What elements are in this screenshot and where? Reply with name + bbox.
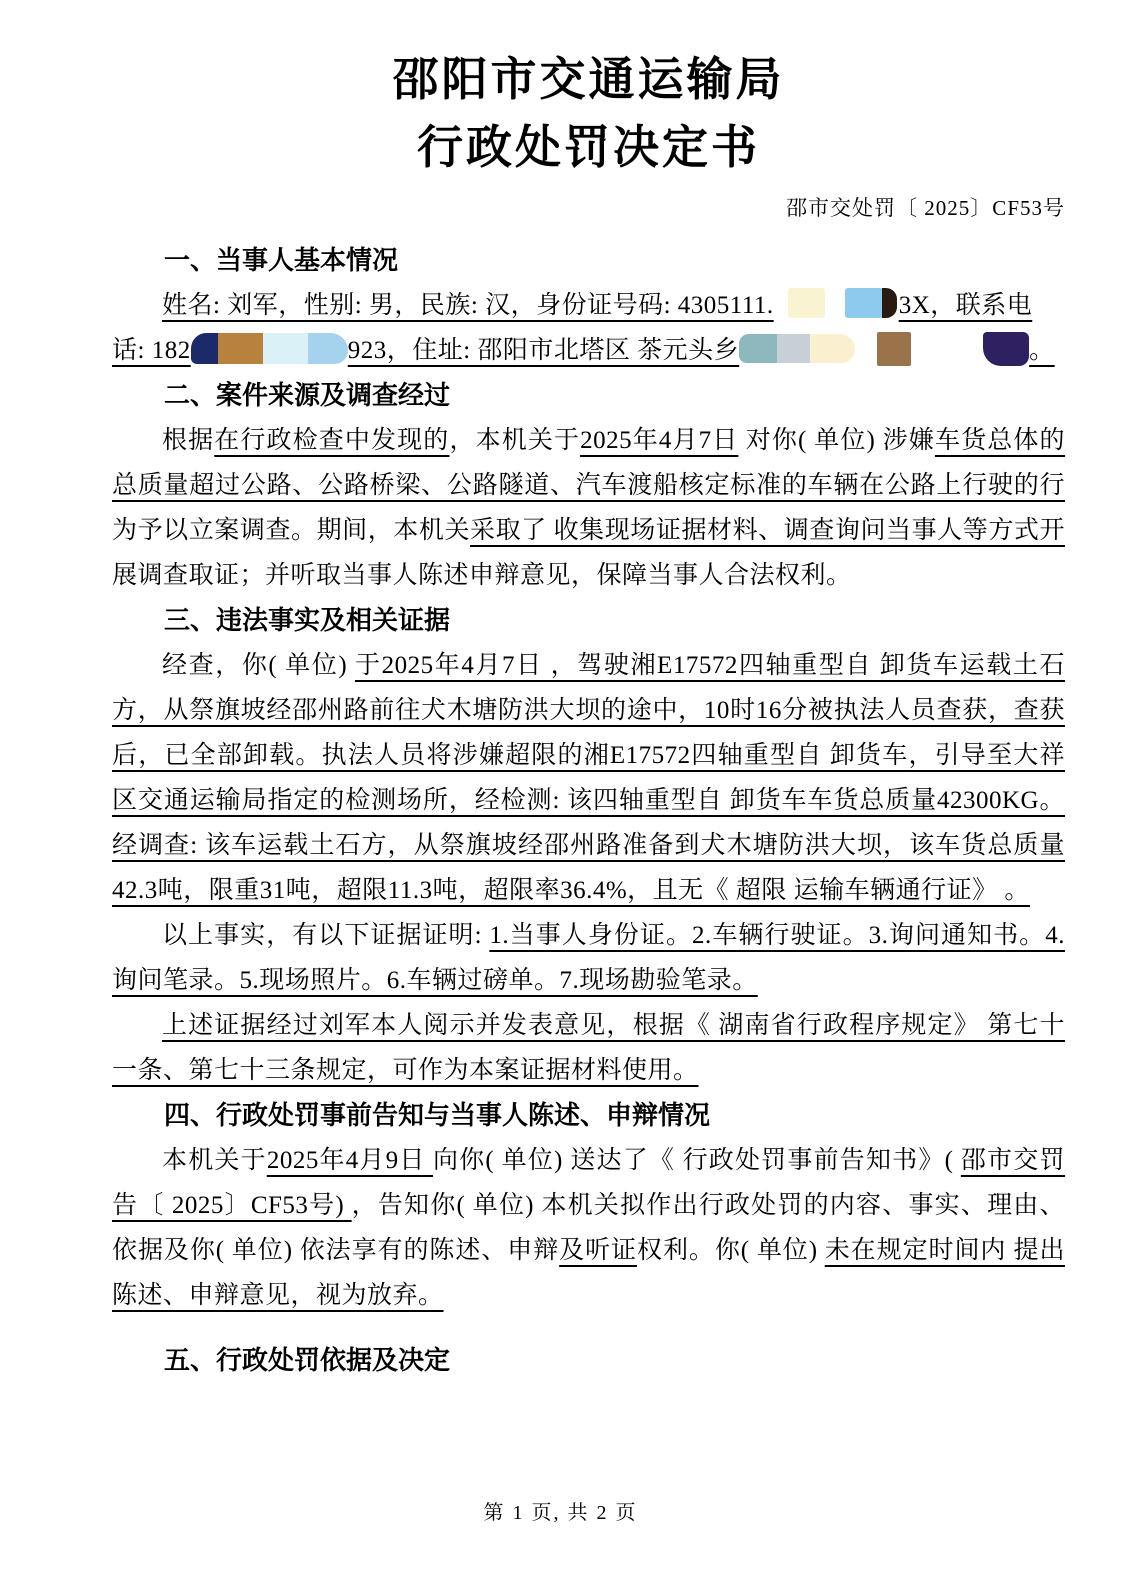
redaction-id-dark bbox=[882, 288, 897, 318]
party-info-line-1: 姓名: 刘军，性别: 男，民族: 汉，身份证号码: 4305111.3X，联系电 bbox=[112, 283, 1065, 328]
case-source-paragraph: 根据在行政检查中发现的，本机关于2025年4月7日 对你( 单位) 涉嫌车货总体… bbox=[112, 418, 1065, 598]
case-source-seg-5: 对你( 单位) 涉嫌 bbox=[738, 427, 935, 454]
case-source-seg-9: 展调查取证；并听取当事人陈述申辩意见，保障当事人合法权利。 bbox=[112, 562, 852, 589]
prior-notice-seg-3: 向你( 单位) 送达了《 行政处罚事前告知书》( bbox=[433, 1147, 961, 1174]
penalty-decision-document-page: 邵阳市交通运输局 行政处罚决定书 邵市交处罚〔 2025〕CF53号 一、当事人… bbox=[0, 0, 1121, 1577]
redaction-phone-brown bbox=[218, 333, 263, 364]
redaction-address-pill bbox=[739, 334, 855, 363]
case-source-seg-7: 为予以立案调查。期间，本机关 bbox=[112, 517, 470, 544]
party-info-line-2: 话: 182923，住址: 邵阳市北塔区 茶元头乡。 bbox=[112, 328, 1065, 373]
redaction-address-navy bbox=[983, 332, 1029, 366]
redaction-phone-pale bbox=[263, 333, 308, 364]
redaction-address-cream bbox=[810, 334, 855, 363]
prior-notice-seg-7: 权利。你( 单位) bbox=[637, 1237, 825, 1264]
case-source-seg-4: 2025年4月7日 bbox=[580, 427, 738, 454]
prior-notice-paragraph: 本机关于2025年4月9日 向你( 单位) 送达了《 行政处罚事前告知书》( 邵… bbox=[112, 1138, 1065, 1318]
facts-paragraph: 经查，你( 单位) 于2025年4月7日 ，驾驶湘E17572四轴重型自 卸货车… bbox=[112, 643, 1065, 913]
redaction-id-yellow bbox=[788, 288, 825, 318]
evidence-review-text: 上述证据经过刘军本人阅示并发表意见，根据《 湖南省行政程序规定》 第七十一条、第… bbox=[112, 1012, 1065, 1084]
agency-title: 邵阳市交通运输局 bbox=[112, 0, 1065, 110]
case-source-seg-3: ，本机关于 bbox=[449, 427, 580, 454]
prior-notice-seg-2: 2025年4月9日 bbox=[267, 1147, 433, 1174]
redaction-phone-pill bbox=[191, 333, 348, 364]
case-source-seg-2: 在行政检查中发现的 bbox=[214, 427, 449, 454]
evidence-review-paragraph: 上述证据经过刘军本人阅示并发表意见，根据《 湖南省行政程序规定》 第七十一条、第… bbox=[112, 1003, 1065, 1093]
party-info-text-2: 3X，联系电 bbox=[899, 292, 1033, 319]
section-4-heading: 四、行政处罚事前告知与当事人陈述、申辩情况 bbox=[112, 1093, 1065, 1138]
page-number-footer: 第 1 页, 共 2 页 bbox=[0, 1496, 1121, 1525]
facts-seg-2: 于2025年4月7日 ，驾驶湘E17572四轴重型自 卸货车运载土石方，从祭旗坡… bbox=[112, 652, 1065, 904]
prior-notice-seg-6: 及听证 bbox=[559, 1237, 637, 1264]
redaction-address-teal bbox=[739, 334, 777, 363]
section-1-heading: 一、当事人基本情况 bbox=[112, 238, 1065, 283]
document-content: 邵阳市交通运输局 行政处罚决定书 邵市交处罚〔 2025〕CF53号 一、当事人… bbox=[112, 0, 1065, 1383]
party-info-text-1: 姓名: 刘军，性别: 男，民族: 汉，身份证号码: 4305111. bbox=[162, 292, 774, 319]
prior-notice-seg-1: 本机关于 bbox=[162, 1147, 267, 1174]
section-3-heading: 三、违法事实及相关证据 bbox=[112, 598, 1065, 643]
phone-prefix-text: 话: 182 bbox=[112, 337, 191, 364]
address-text: 923，住址: 邵阳市北塔区 茶元头乡 bbox=[348, 337, 739, 364]
facts-seg-1: 经查，你( 单位) bbox=[162, 652, 355, 679]
redaction-address-gray bbox=[777, 334, 810, 363]
redaction-phone-navy bbox=[191, 333, 218, 364]
section-5-heading: 五、行政处罚依据及决定 bbox=[112, 1338, 1065, 1383]
redaction-id-blue bbox=[845, 288, 883, 318]
section-2-heading: 二、案件来源及调查经过 bbox=[112, 373, 1065, 418]
address-end-punctuation: 。 bbox=[1029, 337, 1055, 364]
case-source-seg-1: 根据 bbox=[162, 427, 214, 454]
redaction-phone-blue bbox=[308, 333, 348, 364]
document-title: 行政处罚决定书 bbox=[112, 118, 1065, 178]
evidence-list-paragraph: 以上事实，有以下证据证明: 1.当事人身份证。2.车辆行驶证。3.询问通知书。4… bbox=[112, 913, 1065, 1003]
case-source-seg-8: 采取了 收集现场证据材料、调查询问当事人等方式开 bbox=[470, 517, 1065, 544]
redaction-address-brown bbox=[877, 332, 911, 366]
evidence-intro-text: 以上事实，有以下证据证明: bbox=[162, 922, 489, 949]
document-number: 邵市交处罚〔 2025〕CF53号 bbox=[112, 194, 1065, 222]
